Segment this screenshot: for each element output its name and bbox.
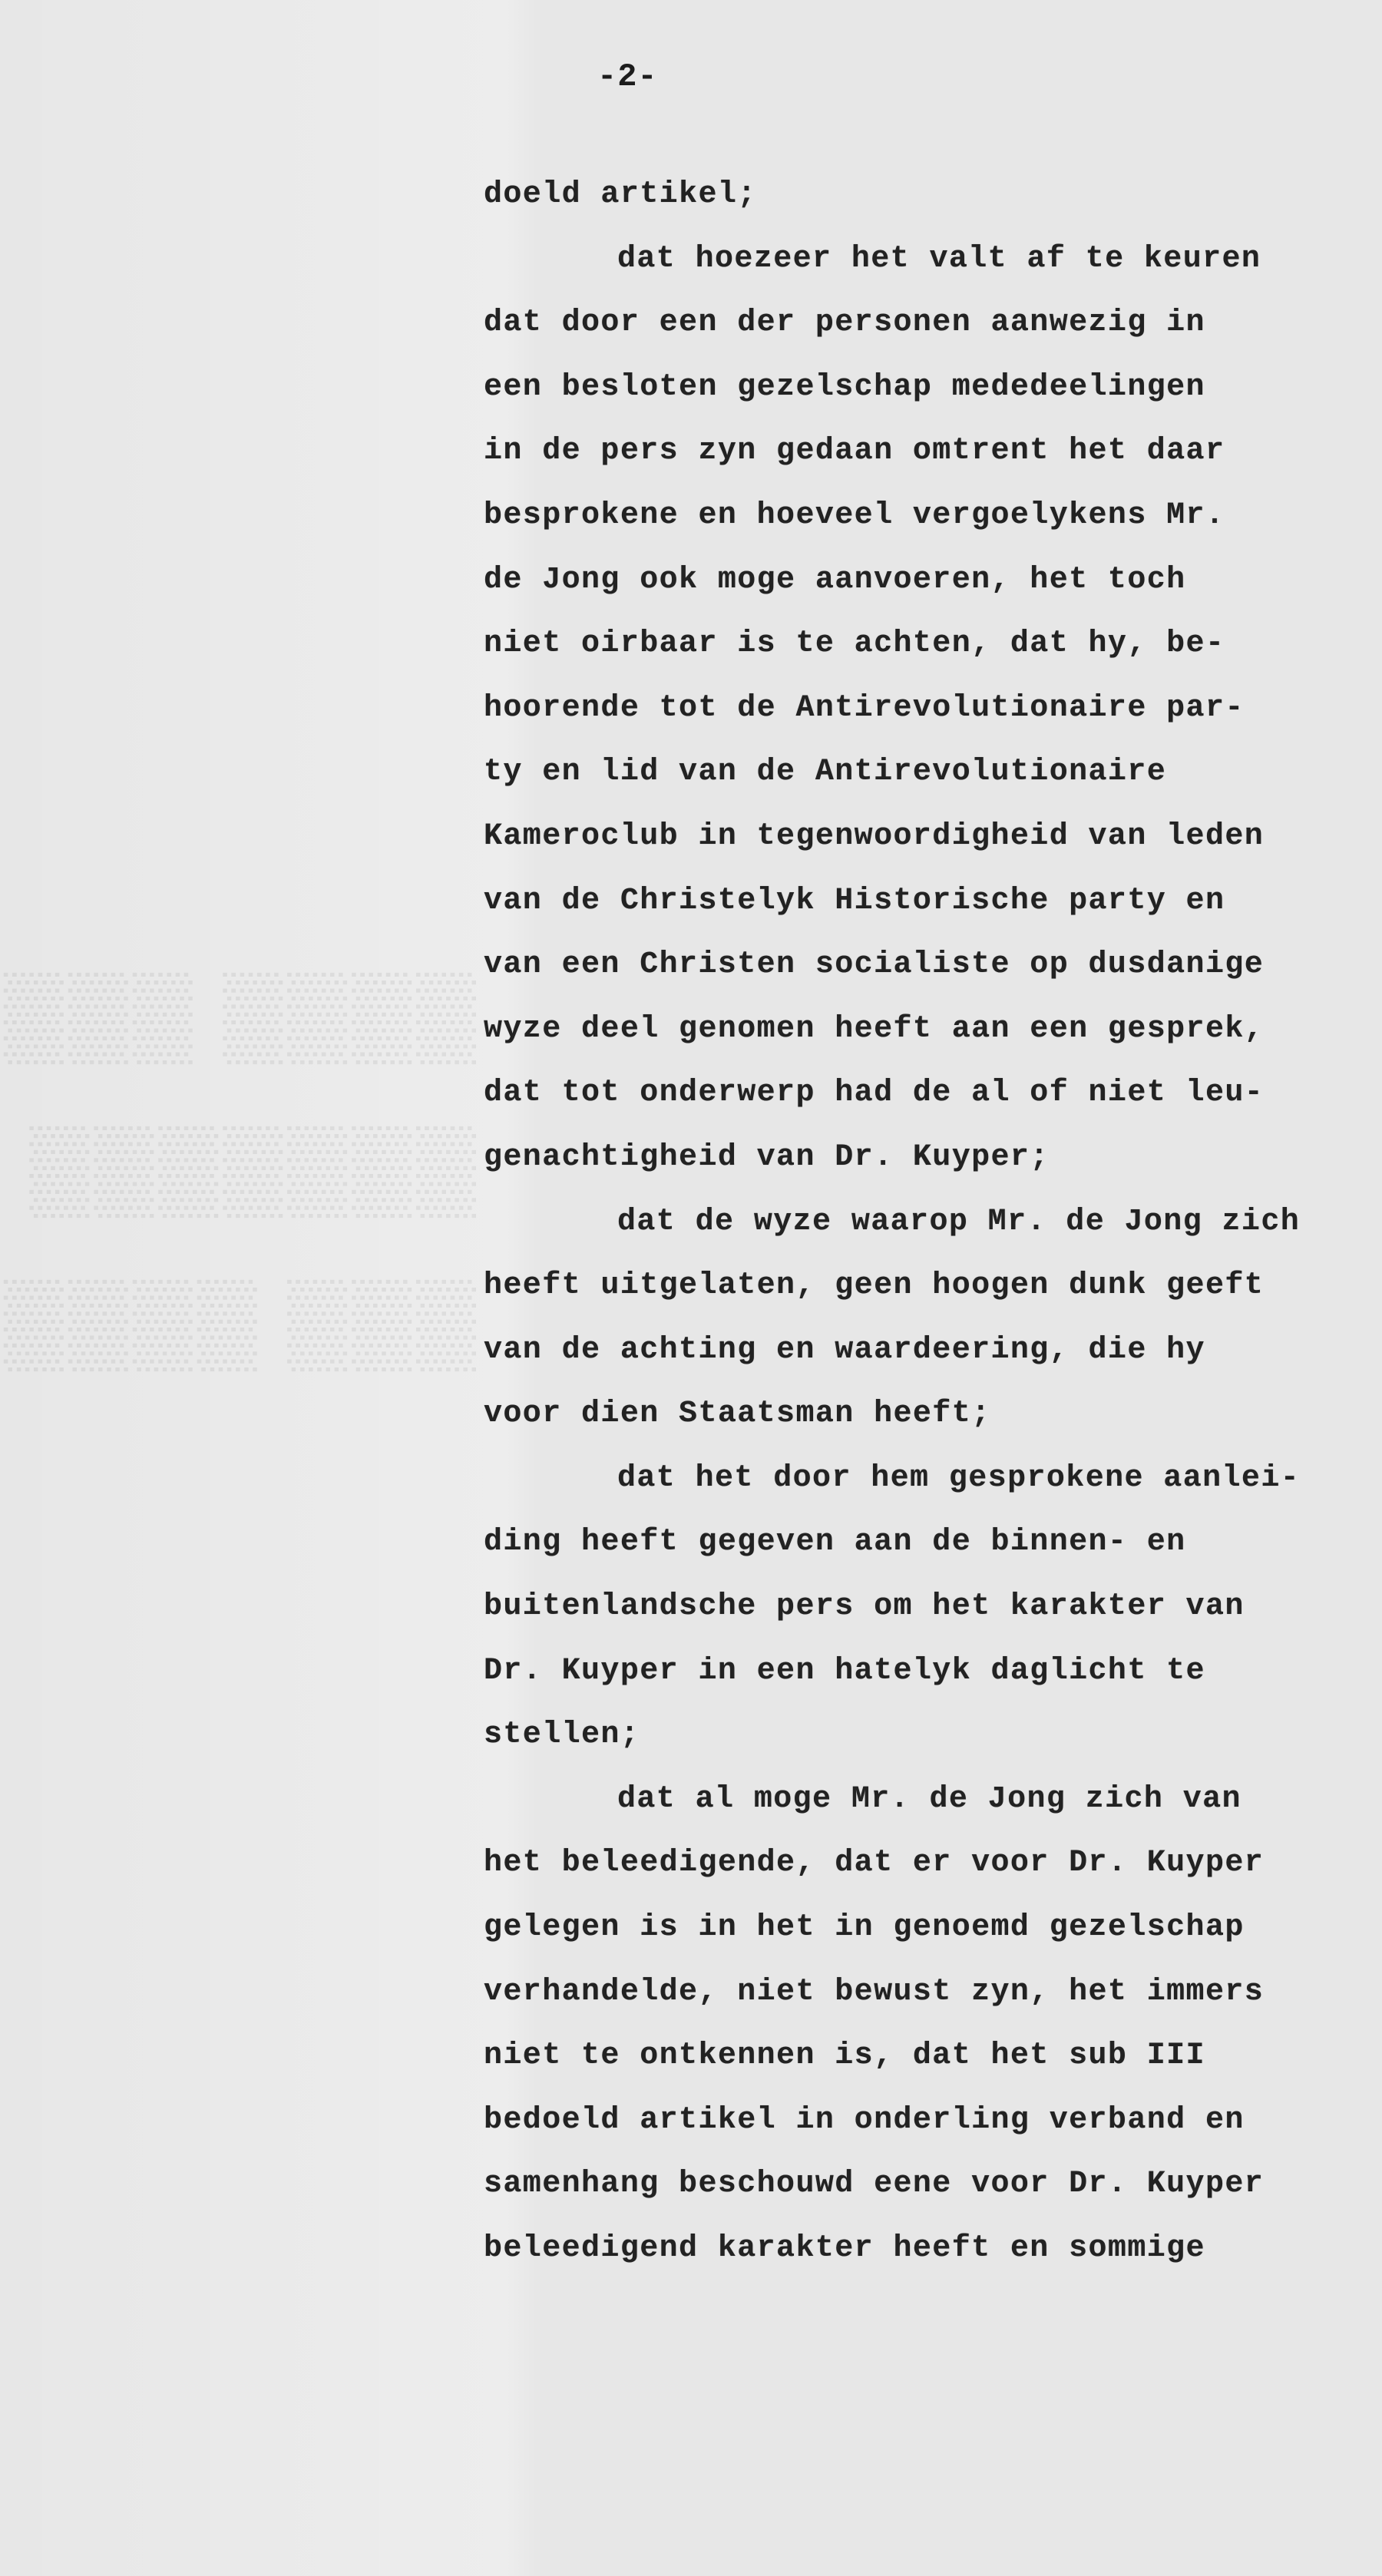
text-line: samenhang beschouwd eene voor Dr. Kuyper <box>484 2152 1351 2217</box>
text-line: besprokene en hoeveel vergoelykens Mr. <box>484 484 1351 548</box>
text-line: genachtigheid van Dr. Kuyper; <box>484 1126 1351 1190</box>
paragraph-first-line: dat de wyze waarop Mr. de Jong zich <box>484 1190 1351 1255</box>
paragraph-first-line: dat al moge Mr. de Jong zich van <box>484 1767 1351 1832</box>
text-line: dat tot onderwerp had de al of niet leu- <box>484 1061 1351 1126</box>
bleed-through-ghost-text: ▒▒▒▒ ▒▒▒ ▒▒▒▒▒▒▒ ▒▒▒ ▒▒▒▒ <box>46 960 476 1574</box>
text-line: van de achting en waardeering, die hy <box>484 1318 1351 1383</box>
text-line: wyze deel genomen heeft aan een gesprek, <box>484 997 1351 1062</box>
text-line: niet te ontkennen is, dat het sub III <box>484 2024 1351 2088</box>
document-body: doeld artikel;dat hoezeer het valt af te… <box>484 163 1351 2281</box>
text-line: ty en lid van de Antirevolutionaire <box>484 740 1351 805</box>
text-line: heeft uitgelaten, geen hoogen dunk geeft <box>484 1254 1351 1318</box>
typewritten-page: ▒▒▒▒ ▒▒▒ ▒▒▒▒▒▒▒ ▒▒▒ ▒▒▒▒ -2- doeld arti… <box>0 0 1382 2576</box>
text-line: verhandelde, niet bewust zyn, het immers <box>484 1960 1351 2025</box>
text-line: stellen; <box>484 1703 1351 1767</box>
text-line: buitenlandsche pers om het karakter van <box>484 1575 1351 1639</box>
text-line: een besloten gezelschap mededeelingen <box>484 355 1351 420</box>
text-line: Kameroclub in tegenwoordigheid van leden <box>484 805 1351 869</box>
text-line: niet oirbaar is te achten, dat hy, be- <box>484 612 1351 676</box>
text-line: beleedigend karakter heeft en sommige <box>484 2217 1351 2281</box>
text-line: ding heeft gegeven aan de binnen- en <box>484 1510 1351 1575</box>
page-number: -2- <box>597 58 658 95</box>
paragraph-first-line: dat het door hem gesprokene aanlei- <box>484 1447 1351 1511</box>
text-line: het beleedigende, dat er voor Dr. Kuyper <box>484 1831 1351 1896</box>
text-line: doeld artikel; <box>484 163 1351 227</box>
text-line: in de pers zyn gedaan omtrent het daar <box>484 419 1351 484</box>
text-line: bedoeld artikel in onderling verband en <box>484 2088 1351 2153</box>
text-line: van een Christen socialiste op dusdanige <box>484 933 1351 997</box>
text-line: voor dien Staatsman heeft; <box>484 1382 1351 1447</box>
text-line: de Jong ook moge aanvoeren, het toch <box>484 548 1351 613</box>
paragraph-first-line: dat hoezeer het valt af te keuren <box>484 227 1351 292</box>
text-line: gelegen is in het in genoemd gezelschap <box>484 1896 1351 1960</box>
text-line: van de Christelyk Historische party en <box>484 869 1351 934</box>
text-line: dat door een der personen aanwezig in <box>484 291 1351 355</box>
text-line: Dr. Kuyper in een hatelyk daglicht te <box>484 1639 1351 1704</box>
text-line: hoorende tot de Antirevolutionaire par- <box>484 676 1351 741</box>
